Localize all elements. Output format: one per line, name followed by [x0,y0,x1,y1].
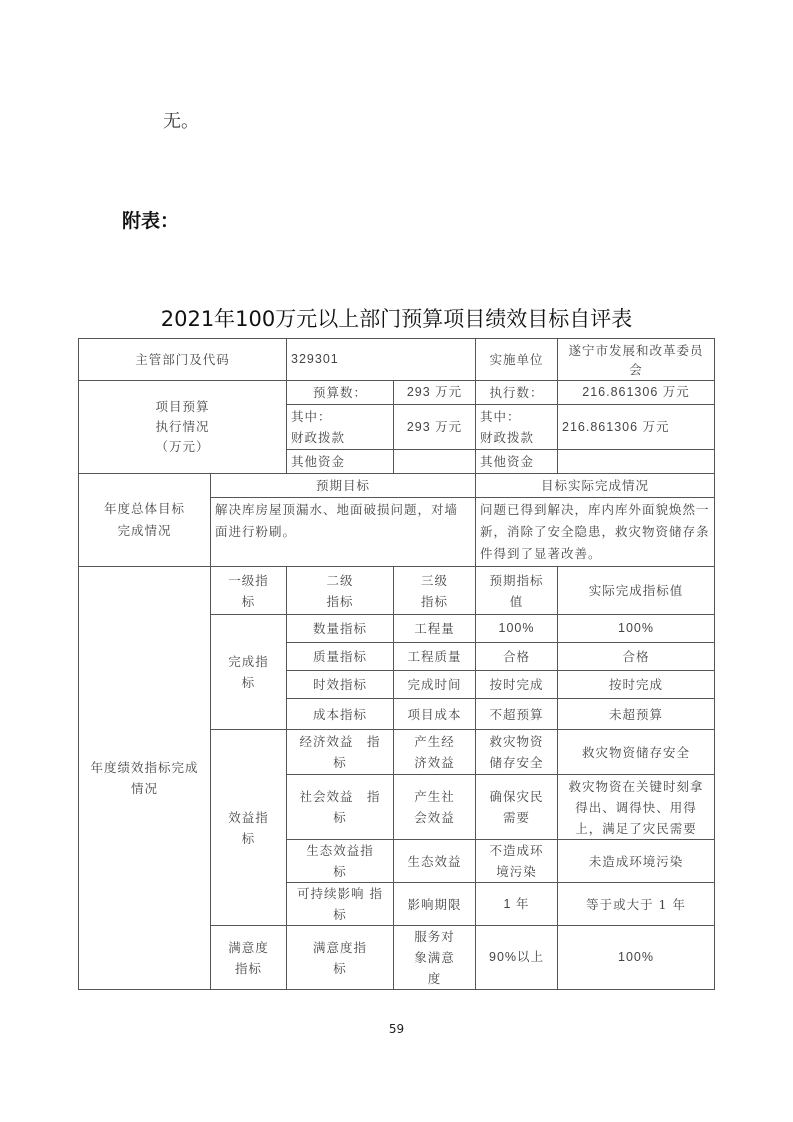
fiscal-budget-value: 293 万元 [394,405,476,450]
expected-cell: 不造成环境污染 [476,840,558,883]
overall-label-line: 完成情况 [83,520,206,542]
header-level3: 三级指标 [394,567,476,615]
fiscal-allocation-label: 财政拨款 [480,427,553,448]
header-actual: 实际完成指标值 [558,567,715,615]
budget-label-line: 项目预算 [83,397,282,417]
fiscal-exec-label: 其中： 财政拨款 [476,405,558,450]
expected-cell: 1 年 [476,883,558,926]
level3-cell: 项目成本 [394,699,476,730]
level2-cell: 时效指标 [287,671,394,699]
level2-cell: 质量指标 [287,643,394,671]
level2-cell: 成本指标 [287,699,394,730]
expected-goal-text: 解决库房屋顶漏水、地面破损问题，对墙面进行粉刷。 [211,498,476,567]
level3-cell: 服务对象满意度 [394,926,476,990]
exec-other-funds-value [558,450,715,474]
exec-count-label: 执行数： [476,381,558,405]
table-row-dept: 主管部门及代码 329301 实施单位 遂宁市发展和改革委员会 [79,339,715,381]
actual-goal-text: 问题已得到解决，库内库外面貌焕然一新，消除了安全隐患，救灾物资储存条件得到了显著… [476,498,715,567]
body-text-none: 无。 [163,107,199,133]
other-funds-label: 其他资金 [287,450,394,474]
expected-cell: 确保灾民需要 [476,775,558,840]
actual-cell: 100% [558,615,715,643]
header-level1: 一级指标 [211,567,287,615]
budget-label-line: 执行情况 [83,417,282,437]
exec-other-funds-label: 其他资金 [476,450,558,474]
header-expected: 预期指标值 [476,567,558,615]
actual-cell: 未造成环境污染 [558,840,715,883]
impl-label: 实施单位 [476,339,558,381]
actual-cell: 救灾物资在关键时刻拿得出、调得快、用得上，满足了灾民需要 [558,775,715,840]
expected-cell: 90%以上 [476,926,558,990]
header-level2: 二级指标 [287,567,394,615]
level1-satisfaction: 满意度指标 [211,926,287,990]
actual-cell: 等于或大于 1 年 [558,883,715,926]
table-row-overall-header: 年度总体目标 完成情况 预期目标 目标实际完成情况 [79,474,715,498]
page-number: 59 [0,1022,793,1036]
actual-cell: 按时完成 [558,671,715,699]
budget-label-line: （万元） [83,437,282,457]
fiscal-exec-value: 216.861306 万元 [558,405,715,450]
level3-cell: 工程量 [394,615,476,643]
overall-label-line: 年度总体目标 [83,498,206,520]
level3-cell: 生态效益 [394,840,476,883]
actual-cell: 救灾物资储存安全 [558,730,715,775]
exec-count-value: 216.861306 万元 [558,381,715,405]
overall-label: 年度总体目标 完成情况 [79,474,211,567]
budget-label: 项目预算 执行情况 （万元） [79,381,287,474]
other-funds-value [394,450,476,474]
expected-cell: 合格 [476,643,558,671]
appendix-label: 附表： [122,206,179,233]
actual-goal-header: 目标实际完成情况 [476,474,715,498]
level3-cell: 产生经济效益 [394,730,476,775]
level2-cell: 数量指标 [287,615,394,643]
level2-cell: 可持续影响 指标 [287,883,394,926]
level2-cell: 社会效益 指标 [287,775,394,840]
level3-cell: 产生社会效益 [394,775,476,840]
fiscal-budget-label: 其中： 财政拨款 [287,405,394,450]
actual-cell: 未超预算 [558,699,715,730]
fiscal-allocation-label: 财政拨款 [291,427,389,448]
table-title: 2021年100万元以上部门预算项目绩效目标自评表 [0,303,793,333]
level1-completion: 完成指标 [211,615,287,730]
indicators-label: 年度绩效指标完成情况 [79,567,211,990]
expected-goal-header: 预期目标 [211,474,476,498]
dept-code: 329301 [287,339,476,381]
budget-count-label: 预算数： [287,381,394,405]
expected-cell: 救灾物资储存安全 [476,730,558,775]
level3-cell: 工程质量 [394,643,476,671]
level1-benefit: 效益指标 [211,730,287,926]
level2-cell: 生态效益指标 [287,840,394,883]
actual-cell: 合格 [558,643,715,671]
of-which-label: 其中： [291,406,389,427]
impl-value: 遂宁市发展和改革委员会 [558,339,715,381]
expected-cell: 100% [476,615,558,643]
level3-cell: 影响期限 [394,883,476,926]
expected-cell: 不超预算 [476,699,558,730]
actual-cell: 100% [558,926,715,990]
expected-cell: 按时完成 [476,671,558,699]
dept-label: 主管部门及代码 [79,339,287,381]
budget-count-value: 293 万元 [394,381,476,405]
of-which-label: 其中： [480,406,553,427]
performance-self-evaluation-table: 主管部门及代码 329301 实施单位 遂宁市发展和改革委员会 项目预算 执行情… [78,338,715,990]
level3-cell: 完成时间 [394,671,476,699]
level2-cell: 满意度指标 [287,926,394,990]
table-row-budget-count: 项目预算 执行情况 （万元） 预算数： 293 万元 执行数： 216.8613… [79,381,715,405]
level2-cell: 经济效益 指标 [287,730,394,775]
table-row-indicator-headers: 年度绩效指标完成情况 一级指标 二级指标 三级指标 预期指标值 实际完成指标值 [79,567,715,615]
